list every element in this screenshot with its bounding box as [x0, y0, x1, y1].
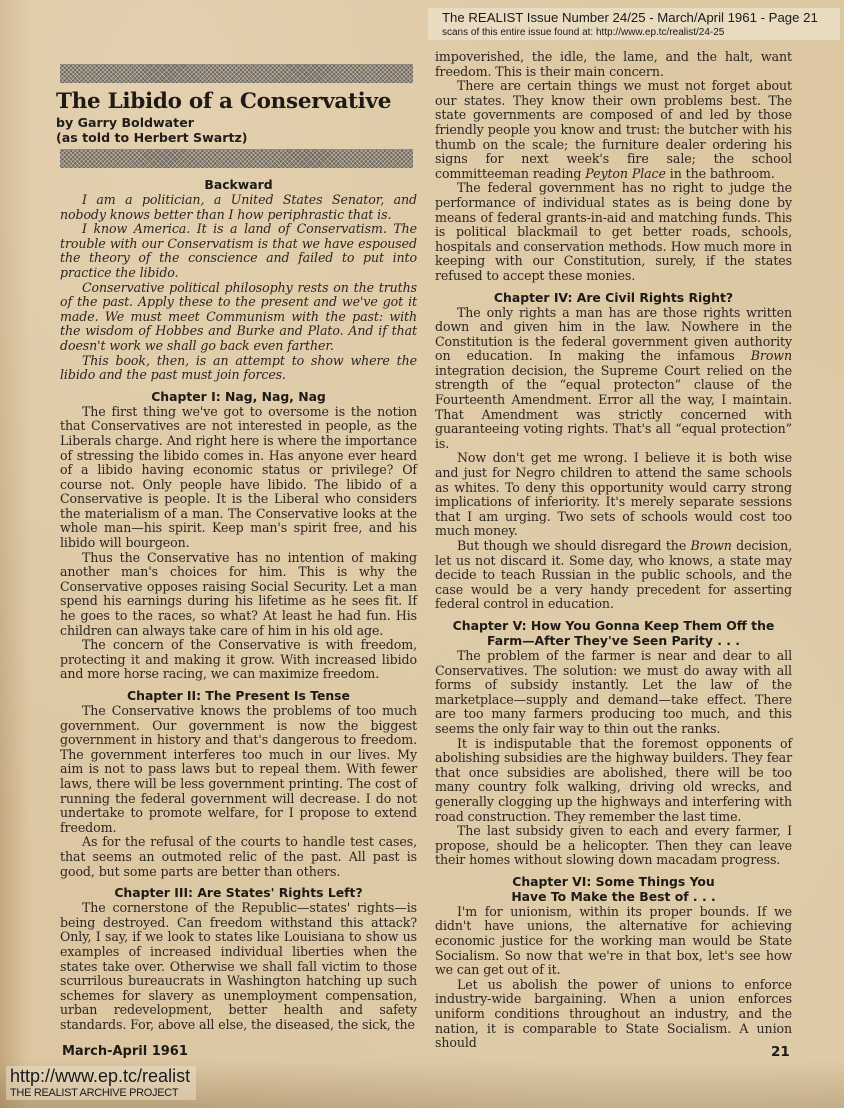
- chapter-heading-6: Chapter VI: Some Things You Have To Make…: [435, 874, 792, 904]
- paragraph: It is indisputable that the foremost opp…: [435, 737, 792, 825]
- chapter-heading-4: Chapter IV: Are Civil Rights Right?: [435, 290, 792, 305]
- paragraph: I'm for unionism, within its proper boun…: [435, 905, 792, 978]
- title-rule-bottom: [60, 149, 413, 168]
- footer-issue-date: March-April 1961: [62, 1044, 188, 1059]
- paragraph: As for the refusal of the courts to hand…: [60, 835, 417, 879]
- archive-header-link[interactable]: scans of this entire issue found at: htt…: [442, 26, 840, 39]
- paragraph: Thus the Conservative has no intention o…: [60, 551, 417, 639]
- article-title: The Libido of a Conservative: [56, 89, 417, 115]
- paragraph: Conservative political philosophy rests …: [60, 281, 417, 354]
- case-name: Brown: [691, 538, 732, 553]
- paragraph: I know America. It is a land of Conserva…: [60, 222, 417, 280]
- paragraph: This book, then, is an attempt to show w…: [60, 354, 417, 383]
- left-column: The Libido of a Conservative by Garry Bo…: [60, 0, 417, 1032]
- chapter-heading-2: Chapter II: The Present Is Tense: [60, 688, 417, 703]
- paragraph: Now don't get me wrong. I believe it is …: [435, 451, 792, 539]
- chapter-heading-1: Chapter I: Nag, Nag, Nag: [60, 389, 417, 404]
- paragraph: Let us abolish the power of unions to en…: [435, 978, 792, 1051]
- paragraph: The federal government has no right to j…: [435, 181, 792, 283]
- paragraph: The concern of the Conservative is with …: [60, 638, 417, 682]
- paragraph: The last subsidy given to each and every…: [435, 824, 792, 868]
- archive-header: The REALIST Issue Number 24/25 - March/A…: [428, 8, 840, 40]
- paragraph: The problem of the farmer is near and de…: [435, 649, 792, 737]
- case-name: Brown: [751, 348, 792, 363]
- paragraph: The first thing we've got to oversome is…: [60, 405, 417, 551]
- chapter-heading-3: Chapter III: Are States' Rights Left?: [60, 885, 417, 900]
- article-byline: by Garry Boldwater: [56, 115, 417, 130]
- book-title: Peyton Place: [585, 166, 666, 181]
- archive-project-name: THE REALIST ARCHIVE PROJECT: [10, 1087, 190, 1100]
- footer-page-number: 21: [771, 1044, 790, 1060]
- paragraph: The cornerstone of the Republic—states' …: [60, 901, 417, 1032]
- paragraph: I am a politician, a United States Senat…: [60, 193, 417, 222]
- paragraph: impoverished, the idle, the lame, and th…: [435, 50, 792, 79]
- paragraph: But though we should disregard the Brown…: [435, 539, 792, 612]
- paragraph: The Conservative knows the problems of t…: [60, 704, 417, 835]
- archive-footer: http://www.ep.tc/realist THE REALIST ARC…: [6, 1066, 196, 1100]
- paragraph: The only rights a man has are those righ…: [435, 306, 792, 452]
- title-rule-top: [60, 64, 413, 83]
- archive-url-link[interactable]: http://www.ep.tc/realist: [10, 1066, 190, 1087]
- article-subbyline: (as told to Herbert Swartz): [56, 130, 417, 145]
- right-column: impoverished, the idle, the lame, and th…: [435, 50, 792, 1051]
- section-heading-backward: Backward: [60, 177, 417, 192]
- paragraph: There are certain things we must not for…: [435, 79, 792, 181]
- chapter-heading-5: Chapter V: How You Gonna Keep Them Off t…: [435, 618, 792, 648]
- archive-header-title: The REALIST Issue Number 24/25 - March/A…: [442, 10, 840, 26]
